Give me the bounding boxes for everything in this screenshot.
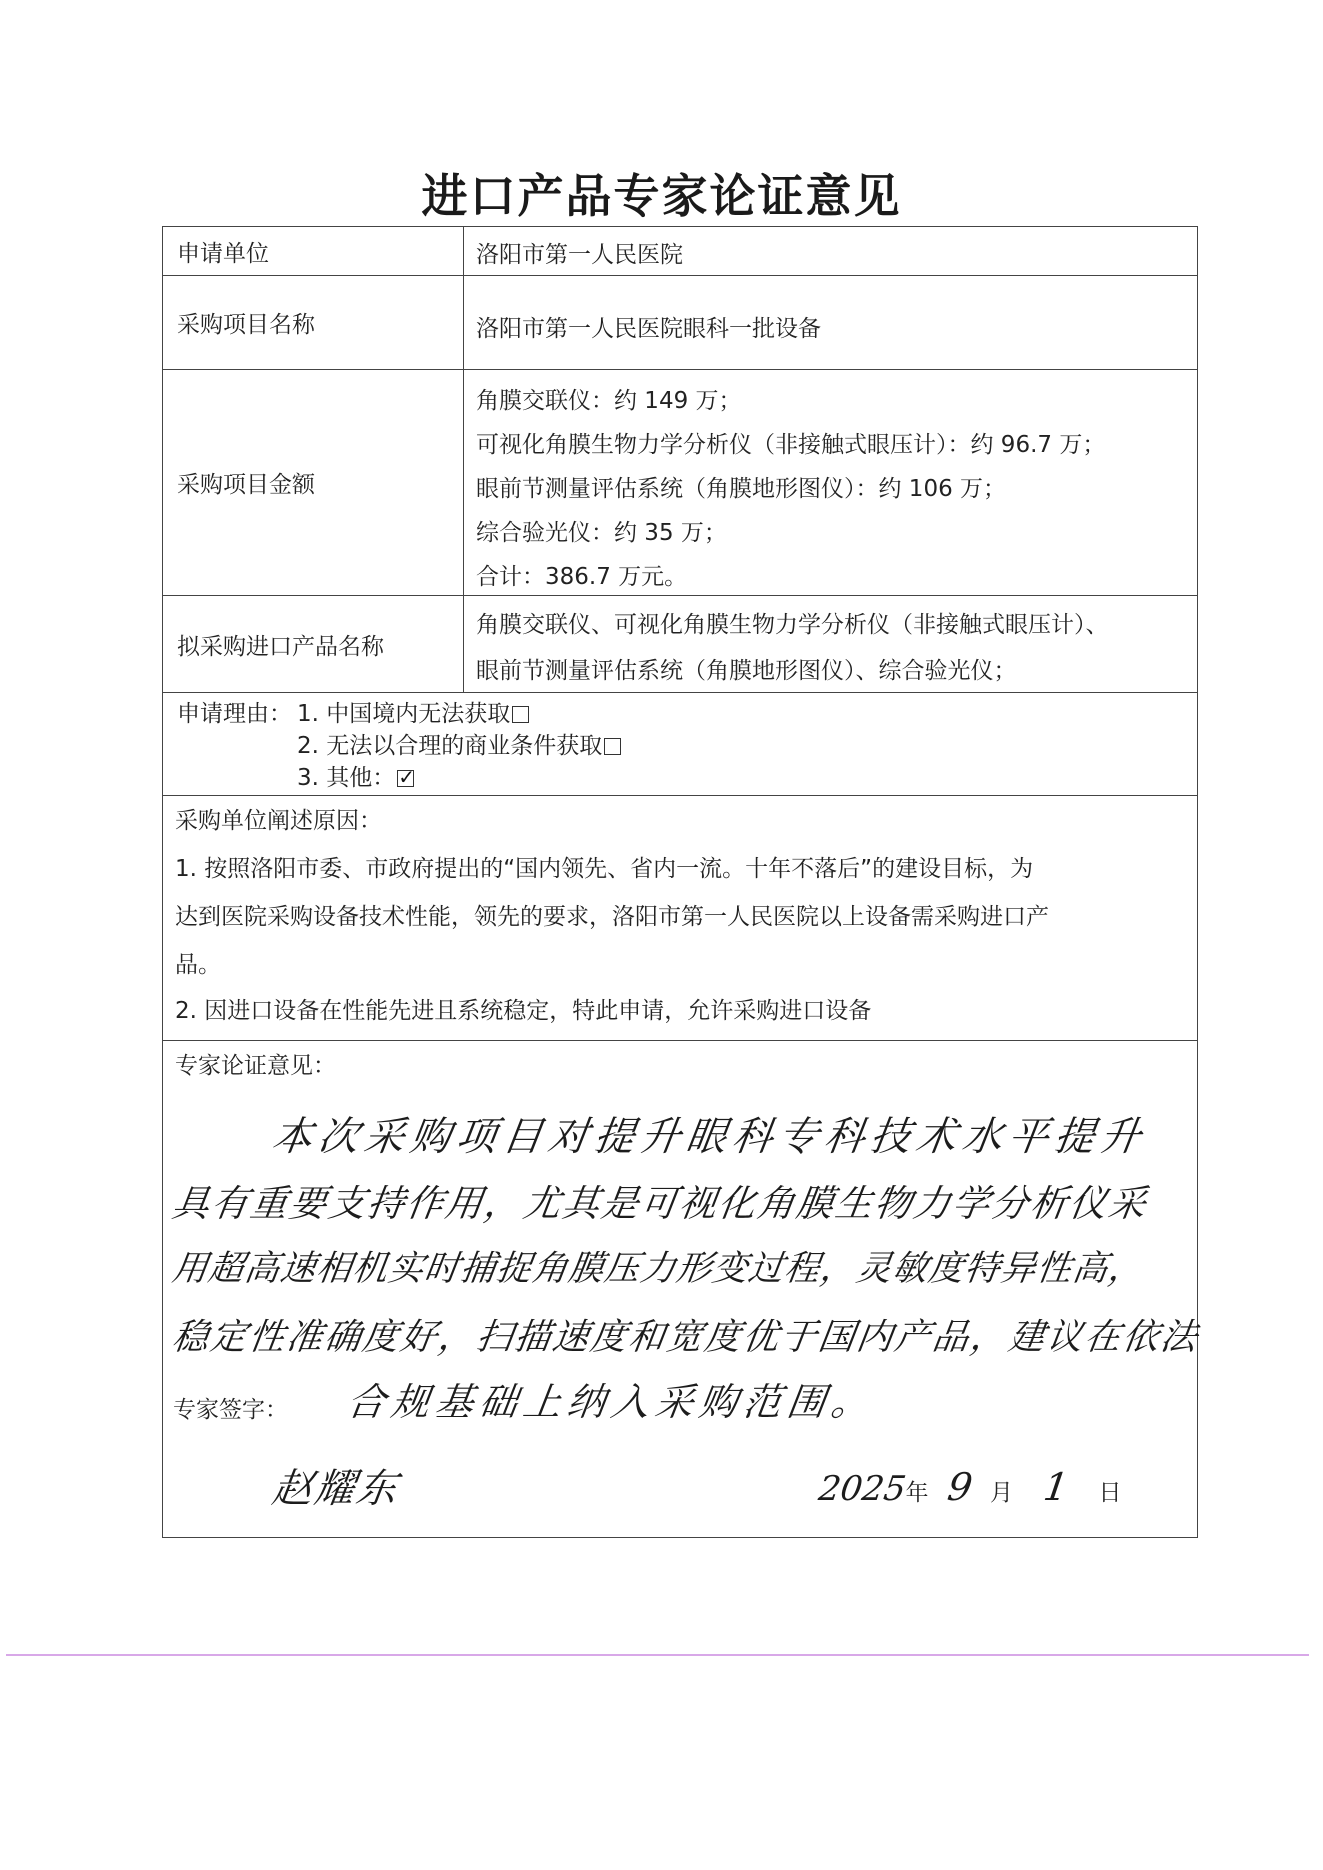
date-year: 2025 [816,1469,908,1509]
row-reasons: 申请理由： 1. 中国境内无法获取 2. 无法以合理的商业条件获取 3. 其他： [163,693,1197,796]
handwritten-opinion-line: 具有重要支持作用，尤其是可视化角膜生物力学分析仪采 [169,1173,1152,1227]
date-month: 9 [945,1465,981,1509]
explanation-cell: 采购单位阐述原因： 1. 按照洛阳市委、市政府提出的“国内领先、省内一流。十年不… [163,796,1197,1040]
row-expert-opinion: 专家论证意见： 本次采购项目对提升眼科专科技术水平提升 具有重要支持作用，尤其是… [163,1041,1197,1537]
amount-line: 眼前节测量评估系统（角膜地形图仪）：约 106 万； [476,470,1006,503]
amount-line: 综合验光仪：约 35 万； [476,514,727,547]
explanation-line: 2. 因进口设备在性能先进且系统稳定，特此申请，允许采购进口设备 [175,992,871,1025]
explanation-line: 1. 按照洛阳市委、市政府提出的“国内领先、省内一流。十年不落后”的建设目标，为 [175,850,1033,883]
project-name-label: 采购项目名称 [163,276,464,369]
row-applicant: 申请单位 洛阳市第一人民医院 [163,227,1197,276]
project-name-value: 洛阳市第一人民医院眼科一批设备 [476,310,821,343]
expert-opinion-cell: 专家论证意见： 本次采购项目对提升眼科专科技术水平提升 具有重要支持作用，尤其是… [163,1041,1197,1537]
scan-divider-line [6,1654,1309,1656]
reason-checkbox-3-checked[interactable] [397,770,414,787]
page-title: 进口产品专家论证意见 [0,160,1323,226]
product-names-line: 角膜交联仪、可视化角膜生物力学分析仪（非接触式眼压计）、 [476,606,1109,639]
amount-label: 采购项目金额 [163,370,464,595]
row-project-name: 采购项目名称 洛阳市第一人民医院眼科一批设备 [163,276,1197,370]
product-names-line: 眼前节测量评估系统（角膜地形图仪）、综合验光仪； [476,652,1017,685]
applicant-label: 申请单位 [163,227,464,275]
amount-line: 可视化角膜生物力学分析仪（非接触式眼压计）：约 96.7 万； [476,426,1105,459]
handwritten-opinion-line: 本次采购项目对提升眼科专科技术水平提升 [269,1105,1151,1162]
reasons-label: 申请理由： [177,695,292,728]
evaluation-form-table: 申请单位 洛阳市第一人民医院 采购项目名称 洛阳市第一人民医院眼科一批设备 采购… [162,226,1198,1538]
applicant-value-cell: 洛阳市第一人民医院 [464,227,1197,275]
reasons-cell: 申请理由： 1. 中国境内无法获取 2. 无法以合理的商业条件获取 3. 其他： [163,693,1197,795]
reason-option-text: 3. 其他： [297,765,395,791]
handwritten-opinion-line: 用超高速相机实时捕捉角膜压力形变过程，灵敏度特异性高， [169,1241,1148,1291]
date-month-label: 月 [990,1480,1013,1506]
product-names-value-cell: 角膜交联仪、可视化角膜生物力学分析仪（非接触式眼压计）、 眼前节测量评估系统（角… [464,596,1197,692]
expert-opinion-label: 专家论证意见： [175,1047,336,1080]
reason-option-text: 2. 无法以合理的商业条件获取 [297,733,602,759]
handwritten-opinion-line: 稳定性准确度好，扫描速度和宽度优于国内产品，建议在依法 [169,1309,1202,1360]
amount-value-cell: 角膜交联仪：约 149 万； 可视化角膜生物力学分析仪（非接触式眼压计）：约 9… [464,370,1197,595]
amount-total: 合计：386.7 万元。 [476,558,687,591]
product-names-label: 拟采购进口产品名称 [163,596,464,692]
signature-label: 专家签字： [173,1391,288,1424]
row-amount: 采购项目金额 角膜交联仪：约 149 万； 可视化角膜生物力学分析仪（非接触式眼… [163,370,1197,596]
row-explanation: 采购单位阐述原因： 1. 按照洛阳市委、市政府提出的“国内领先、省内一流。十年不… [163,796,1197,1041]
date-day: 1 [1041,1465,1077,1509]
amount-line: 角膜交联仪：约 149 万； [476,382,742,415]
signature-date: 2025年 9月 1日 [819,1465,1122,1509]
reason-option-1[interactable]: 1. 中国境内无法获取 [297,695,529,728]
reason-checkbox-2[interactable] [604,738,621,755]
explanation-line: 达到医院采购设备技术性能，领先的要求，洛阳市第一人民医院以上设备需采购进口产 [175,898,1049,931]
reason-checkbox-1[interactable] [512,706,529,723]
reason-option-2[interactable]: 2. 无法以合理的商业条件获取 [297,727,621,760]
applicant-value: 洛阳市第一人民医院 [476,236,683,269]
date-day-label: 日 [1099,1480,1122,1506]
expert-signature: 赵耀东 [269,1457,403,1514]
project-name-value-cell: 洛阳市第一人民医院眼科一批设备 [464,276,1197,369]
explanation-line: 品。 [175,946,221,979]
date-year-label: 年 [906,1480,929,1506]
explanation-label: 采购单位阐述原因： [175,802,382,835]
reason-option-text: 1. 中国境内无法获取 [297,701,510,727]
row-product-names: 拟采购进口产品名称 角膜交联仪、可视化角膜生物力学分析仪（非接触式眼压计）、 眼… [163,596,1197,693]
reason-option-3[interactable]: 3. 其他： [297,759,414,792]
handwritten-opinion-line: 合规基础上纳入采购范围。 [344,1371,880,1426]
